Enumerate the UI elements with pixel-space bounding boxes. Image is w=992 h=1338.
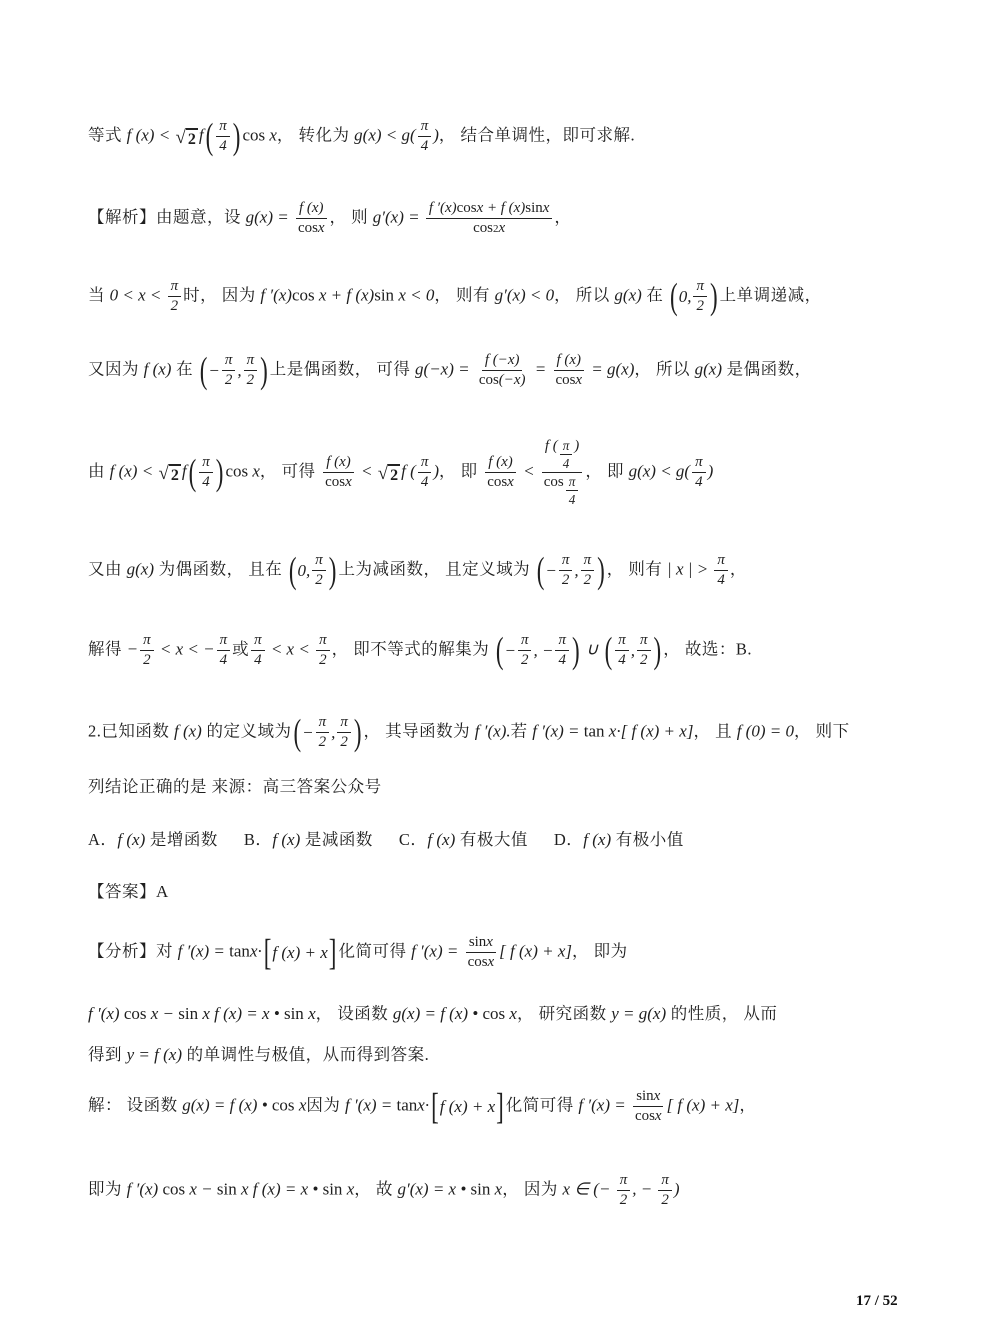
denominator: 2 bbox=[140, 651, 153, 669]
open-delimiter: ( bbox=[495, 632, 505, 669]
paragraph-line: f ′(x) cos x − sin x f (x) = x • sin x， … bbox=[88, 1000, 918, 1028]
text-run: 的性质， 从而 bbox=[666, 1004, 777, 1023]
big-parens: (π4) bbox=[188, 454, 225, 491]
math-run: 2 bbox=[143, 652, 150, 669]
math-run: f (−x) bbox=[485, 352, 520, 369]
numerator: π bbox=[217, 632, 231, 651]
numerator: π bbox=[581, 552, 595, 571]
close-delimiter: ) bbox=[328, 552, 338, 589]
math-run: g(x) = bbox=[246, 208, 293, 227]
fraction: π2 bbox=[581, 552, 595, 589]
text-run: ， 则 bbox=[330, 208, 373, 227]
math-run: 4 bbox=[695, 474, 702, 491]
text-run: ， 可得 bbox=[260, 462, 320, 481]
math-run: π bbox=[618, 632, 626, 649]
fraction: π2 bbox=[693, 278, 707, 315]
text-run: 【分析】对 bbox=[88, 942, 178, 961]
text-run: 又因为 bbox=[88, 360, 144, 379]
fraction: f (x)cos x bbox=[484, 454, 517, 491]
math-function-name: tan bbox=[397, 1096, 418, 1115]
math-run: ) bbox=[708, 462, 714, 481]
math-run: • bbox=[270, 1004, 284, 1023]
math-run: f (x) bbox=[326, 454, 351, 471]
text-run: ， 即 bbox=[585, 462, 628, 481]
numerator: π bbox=[337, 714, 351, 733]
denominator: 2 bbox=[168, 297, 181, 315]
delimited-content: − π2, π2 bbox=[302, 714, 353, 751]
close-delimiter: ) bbox=[232, 118, 242, 155]
math-run: x − bbox=[151, 1004, 179, 1023]
denominator: 2 bbox=[617, 1191, 630, 1209]
math-run: x bbox=[318, 220, 325, 237]
math-function-name: cos bbox=[473, 220, 493, 237]
math-function-name: sin bbox=[471, 1180, 495, 1199]
math-function-name: cos bbox=[242, 126, 269, 145]
math-run: f ′(x). bbox=[475, 722, 511, 741]
fraction: π4 bbox=[560, 438, 573, 471]
math-run: x bbox=[509, 1004, 517, 1023]
denominator: 4 bbox=[216, 137, 229, 155]
paragraph-line: 即为 f ′(x) cos x − sin x f (x) = x • sin … bbox=[88, 1172, 918, 1209]
paragraph-line: 【分析】对 f ′(x) = tanx·[f (x) + x]化简可得 f ′(… bbox=[88, 934, 918, 971]
math-run: f (x) bbox=[117, 830, 145, 849]
numerator: π bbox=[222, 352, 236, 371]
text-run: 上为减函数， 且定义域为 bbox=[338, 560, 534, 579]
denominator: 4 bbox=[615, 651, 628, 669]
math-function-name: sin bbox=[284, 1004, 308, 1023]
text-run: ， 则有 bbox=[434, 286, 494, 305]
math-run: 2 bbox=[247, 372, 254, 389]
close-delimiter: ] bbox=[495, 1088, 505, 1125]
math-run: x + f (x) bbox=[319, 286, 374, 305]
math-function-name: sin bbox=[469, 934, 486, 951]
fraction: π2 bbox=[637, 632, 651, 669]
math-run: < x < bbox=[267, 640, 315, 659]
text-run: A． bbox=[88, 830, 117, 849]
numerator: f (x) bbox=[323, 454, 354, 473]
math-run: x bbox=[345, 474, 352, 491]
open-delimiter: ( bbox=[292, 714, 302, 751]
math-run: 2 bbox=[620, 1192, 627, 1209]
denominator: cos x bbox=[465, 953, 498, 971]
math-run: f ′(x) bbox=[429, 200, 457, 217]
math-run: g(x) bbox=[127, 560, 154, 579]
numerator: π bbox=[251, 632, 265, 651]
paragraph-line: 当 0 < x < π2时， 因为 f ′(x)cos x + f (x)sin… bbox=[88, 278, 918, 315]
math-run: f bbox=[182, 462, 187, 481]
math-run: g(x) = f (x) bbox=[182, 1096, 257, 1115]
text-run: ， 所以 bbox=[634, 360, 694, 379]
math-run: 2 bbox=[319, 652, 326, 669]
math-function-name: cos bbox=[292, 286, 319, 305]
fraction: f (x)cos x bbox=[295, 200, 328, 237]
paragraph-line: 又因为 f (x) 在 (− π2, π2)上是偶函数， 可得 g(−x) = … bbox=[88, 352, 918, 389]
denominator: 2 bbox=[316, 733, 329, 751]
numerator: sin x bbox=[633, 1088, 663, 1107]
math-run: x ∈ (− bbox=[562, 1180, 614, 1199]
math-run: π bbox=[521, 632, 529, 649]
radical-sign-icon: √ bbox=[378, 464, 388, 485]
math-run: π bbox=[620, 1172, 628, 1189]
radicand: 2 bbox=[388, 464, 400, 486]
math-run: f (x) < bbox=[127, 126, 175, 145]
numerator: f (x) bbox=[485, 454, 516, 473]
fraction: π4 bbox=[216, 118, 230, 155]
math-run: 0 < x < bbox=[110, 286, 166, 305]
big-brackets: [f (x) + x] bbox=[263, 939, 338, 967]
paragraph-line: 列结论正确的是 来源：高三答案公众号 bbox=[88, 773, 918, 801]
math-run: • bbox=[468, 1004, 482, 1023]
text-run: 解得 bbox=[88, 640, 127, 659]
fraction: π2 bbox=[658, 1172, 672, 1209]
math-run: x f (x) = x bbox=[241, 1180, 308, 1199]
text-run: ， 转化为 bbox=[277, 126, 354, 145]
denominator: 2 bbox=[337, 733, 350, 751]
math-run: 4 bbox=[254, 652, 261, 669]
big-parens: (− π2, − π4) bbox=[495, 632, 581, 669]
math-run: x bbox=[269, 126, 277, 145]
fraction: f (π4)cos π4 bbox=[541, 438, 584, 508]
math-run: π bbox=[319, 632, 327, 649]
close-delimiter: ) bbox=[596, 552, 606, 589]
math-run: ∪ bbox=[582, 640, 603, 659]
math-function-name: tan bbox=[229, 942, 250, 961]
text-run: 有极大值 bbox=[455, 830, 528, 849]
option-gap bbox=[373, 826, 399, 854]
denominator: 2 bbox=[637, 651, 650, 669]
math-function-name: cos bbox=[457, 200, 477, 217]
numerator: f (−x) bbox=[482, 352, 523, 371]
text-run: ， 其导函数为 bbox=[364, 722, 475, 741]
open-delimiter: ( bbox=[199, 352, 209, 389]
math-run: x bbox=[543, 200, 550, 217]
big-parens: (− π2, π2) bbox=[292, 714, 362, 751]
fraction: f (x)cos x bbox=[552, 352, 585, 389]
text-run: 是增函数 bbox=[145, 830, 218, 849]
numerator: f ′(x)cos x + f (x)sin x bbox=[426, 200, 553, 219]
delimited-content: f (x) + x bbox=[272, 939, 327, 967]
text-run: 因为 bbox=[306, 1096, 345, 1115]
delimited-content: 0, π2 bbox=[298, 552, 328, 589]
math-function-name: sin bbox=[525, 200, 542, 217]
fraction: f ′(x)cos x + f (x)sin xcos2 x bbox=[426, 200, 553, 237]
text-run: 【答案】 bbox=[88, 882, 156, 901]
text-run: ， bbox=[554, 208, 571, 227]
text-run: 化简可得 bbox=[338, 942, 411, 961]
math-run: f (x) bbox=[144, 360, 172, 379]
denominator: 2 bbox=[559, 571, 572, 589]
text-run: ， 所以 bbox=[554, 286, 614, 305]
numerator: π bbox=[312, 552, 326, 571]
big-parens: (π4) bbox=[205, 118, 242, 155]
text-run: B． bbox=[244, 830, 273, 849]
math-run: 4 bbox=[220, 652, 227, 669]
math-run: f (x) bbox=[299, 200, 324, 217]
open-delimiter: ( bbox=[205, 118, 215, 155]
paragraph-line: 【解析】由题意，设 g(x) = f (x)cos x， 则 g′(x) = f… bbox=[88, 200, 918, 237]
math-run: π bbox=[319, 714, 327, 731]
denominator: 2 bbox=[581, 571, 594, 589]
big-brackets: [f (x) + x] bbox=[430, 1093, 505, 1121]
fraction: π2 bbox=[140, 632, 154, 669]
denominator: cos x bbox=[632, 1107, 665, 1125]
math-run: x f (x) = x bbox=[202, 1004, 269, 1023]
text-run: 或 bbox=[232, 640, 249, 659]
math-run: π bbox=[558, 632, 566, 649]
numerator: π bbox=[199, 454, 213, 473]
denominator: 4 bbox=[692, 473, 705, 491]
denominator: 4 bbox=[560, 455, 573, 471]
fraction: π2 bbox=[337, 714, 351, 751]
text-run: 又由 bbox=[88, 560, 127, 579]
page-number: 17 / 52 bbox=[856, 1293, 898, 1310]
paragraph-line: 解得 −π2 < x < −π4或π4 < x < π2， 即不等式的解集为 (… bbox=[88, 632, 918, 669]
denominator: cos x bbox=[552, 371, 585, 389]
big-parens: (− π2, π2) bbox=[536, 552, 606, 589]
denominator: cos2 x bbox=[470, 219, 508, 237]
big-parens: (π4, π2) bbox=[604, 632, 663, 669]
denominator: cos x bbox=[484, 473, 517, 491]
math-function-name: cos bbox=[635, 1108, 655, 1125]
math-run: f ( bbox=[545, 438, 558, 455]
sqrt-radical: √2 bbox=[378, 464, 400, 486]
math-run: π bbox=[254, 632, 262, 649]
text-run: 是减函数 bbox=[300, 830, 373, 849]
fraction: π4 bbox=[566, 474, 579, 507]
math-run: x bbox=[252, 462, 260, 481]
denominator: 2 bbox=[244, 371, 257, 389]
math-run: 2 bbox=[696, 298, 703, 315]
text-run: ， 故 bbox=[354, 1180, 397, 1199]
math-run: π bbox=[640, 632, 648, 649]
text-run: 上是偶函数， 可得 bbox=[270, 360, 415, 379]
math-run: 2 bbox=[340, 734, 347, 751]
math-run: π bbox=[171, 278, 179, 295]
math-run: 4 bbox=[202, 474, 209, 491]
denominator: 2 bbox=[518, 651, 531, 669]
math-run: ) bbox=[574, 438, 579, 455]
text-run: 2.已知函数 bbox=[88, 722, 174, 741]
math-run: f (x) bbox=[427, 830, 455, 849]
text-run: 为偶函数， 且在 bbox=[154, 560, 287, 579]
math-function-name: cos bbox=[483, 1004, 510, 1023]
text-run: ， 即不等式的解集为 bbox=[332, 640, 494, 659]
math-run: f ′(x) = bbox=[345, 1096, 397, 1115]
paragraph-line: A．f (x) 是增函数 B．f (x) 是减函数 C．f (x) 有极大值 D… bbox=[88, 826, 918, 854]
numerator: π bbox=[216, 118, 230, 137]
math-run: 2 bbox=[521, 652, 528, 669]
open-delimiter: [ bbox=[430, 1088, 440, 1125]
radicand: 2 bbox=[169, 464, 181, 486]
option-gap bbox=[218, 826, 244, 854]
math-run: , − bbox=[533, 637, 553, 665]
denominator: 4 bbox=[217, 651, 230, 669]
math-run: y = g(x) bbox=[611, 1004, 666, 1023]
math-run: π bbox=[695, 454, 703, 471]
math-run: f ′(x) bbox=[88, 1004, 124, 1023]
delimited-content: π4, π2 bbox=[613, 632, 652, 669]
math-run: π bbox=[569, 474, 576, 489]
math-run: g(x) bbox=[614, 286, 641, 305]
big-parens: (− π2, π2) bbox=[199, 352, 269, 389]
math-run: x bbox=[308, 1004, 316, 1023]
denominator: 2 bbox=[312, 571, 325, 589]
delimited-content: − π2, − π4 bbox=[505, 632, 571, 669]
math-run: x bbox=[575, 372, 582, 389]
math-run: f ′(x) bbox=[260, 286, 292, 305]
math-function-name: tan bbox=[584, 722, 609, 741]
math-run: • bbox=[456, 1180, 470, 1199]
fraction: π4 bbox=[217, 632, 231, 669]
math-run: π bbox=[421, 454, 429, 471]
denominator: 2 bbox=[222, 371, 235, 389]
fraction: sin xcos x bbox=[465, 934, 498, 971]
math-function-name: cos bbox=[325, 474, 345, 491]
fraction: π2 bbox=[168, 278, 182, 315]
math-run: , bbox=[237, 357, 241, 385]
numerator: π bbox=[692, 454, 706, 473]
text-run: 若 bbox=[511, 722, 533, 741]
numerator: π bbox=[316, 632, 330, 651]
numerator: π bbox=[560, 438, 573, 455]
denominator: 4 bbox=[714, 571, 727, 589]
fraction: f (x)cos x bbox=[322, 454, 355, 491]
fraction: f (−x)cos(−x) bbox=[476, 352, 529, 389]
math-run: f (x) bbox=[557, 352, 582, 369]
option-gap bbox=[528, 826, 554, 854]
math-run: x· bbox=[417, 1096, 429, 1115]
math-run: x· bbox=[250, 942, 262, 961]
open-delimiter: ( bbox=[604, 632, 614, 669]
math-run: | x | > bbox=[667, 560, 712, 579]
math-run: x bbox=[486, 934, 493, 951]
text-run: 由 bbox=[88, 462, 110, 481]
numerator: π bbox=[140, 632, 154, 651]
math-run: f (x) bbox=[488, 454, 513, 471]
paragraph-line: 解： 设函数 g(x) = f (x) • cos x因为 f ′(x) = t… bbox=[88, 1088, 918, 1125]
math-run: x bbox=[499, 220, 506, 237]
fraction: π4 bbox=[615, 632, 629, 669]
fraction: π4 bbox=[714, 552, 728, 589]
math-function-name: cos bbox=[272, 1096, 299, 1115]
denominator: 2 bbox=[316, 651, 329, 669]
math-run: [ f (x) + x] bbox=[667, 1096, 740, 1115]
math-run: x < 0 bbox=[398, 286, 434, 305]
numerator: f (π4) bbox=[542, 438, 582, 473]
math-run: π bbox=[247, 352, 255, 369]
math-run: f ′(x) = bbox=[411, 942, 463, 961]
math-function-name: cos bbox=[225, 462, 252, 481]
numerator: π bbox=[555, 632, 569, 651]
big-parens: (0, π2) bbox=[669, 278, 719, 315]
delimited-content: π4 bbox=[214, 118, 232, 155]
fraction: π2 bbox=[559, 552, 573, 589]
math-function-name: cos bbox=[555, 372, 575, 389]
paragraph-line: 得到 y = f (x) 的单调性与极值，从而得到答案. bbox=[88, 1041, 918, 1069]
math-function-name: cos bbox=[479, 372, 499, 389]
open-delimiter: ( bbox=[188, 454, 198, 491]
numerator: π bbox=[518, 632, 532, 651]
math-run: π bbox=[225, 352, 233, 369]
text-run: 上单调递减， bbox=[720, 286, 822, 305]
numerator: π bbox=[559, 552, 573, 571]
numerator: π bbox=[615, 632, 629, 651]
denominator: 2 bbox=[693, 297, 706, 315]
text-run: 解： 设函数 bbox=[88, 1096, 182, 1115]
numerator: π bbox=[418, 454, 432, 473]
delimited-content: − π2, π2 bbox=[208, 352, 259, 389]
math-function-name: sin bbox=[178, 1004, 202, 1023]
paragraph-line: 又由 g(x) 为偶函数， 且在 (0, π2)上为减函数， 且定义域为 (− … bbox=[88, 552, 918, 589]
math-run: g′(x) = bbox=[373, 208, 424, 227]
math-run: π bbox=[202, 454, 210, 471]
math-run: 2 bbox=[562, 572, 569, 589]
text-run: ， 结合单调性，即可求解. bbox=[439, 126, 635, 145]
denominator: 2 bbox=[658, 1191, 671, 1209]
math-run: − bbox=[505, 637, 516, 665]
math-run: y = f (x) bbox=[127, 1045, 182, 1064]
math-run: 0, bbox=[298, 557, 311, 585]
math-run: x + f (x) bbox=[477, 200, 526, 217]
math-run: g(x) bbox=[695, 360, 722, 379]
text-run: 在 bbox=[642, 286, 668, 305]
text-run: ， 设函数 bbox=[316, 1004, 393, 1023]
math-run: x bbox=[488, 954, 495, 971]
delimited-content: 0, π2 bbox=[679, 278, 709, 315]
text-run: 是偶函数， bbox=[722, 360, 812, 379]
text-run: 的单调性与极值，从而得到答案. bbox=[182, 1045, 429, 1064]
big-parens: (0, π2) bbox=[288, 552, 338, 589]
radicand: 2 bbox=[186, 128, 198, 150]
math-run: 2 bbox=[319, 734, 326, 751]
math-run: − bbox=[208, 357, 219, 385]
math-run: π bbox=[584, 552, 592, 569]
text-run: 的定义域为 bbox=[202, 722, 292, 741]
math-run: π bbox=[315, 552, 323, 569]
math-function-name: sin bbox=[323, 1180, 347, 1199]
math-run: f ′(x) = bbox=[178, 942, 230, 961]
math-function-name: cos bbox=[468, 954, 488, 971]
document-body: 等式 f (x) < √2f(π4)cos x， 转化为 g(x) < g(π4… bbox=[0, 0, 992, 1338]
math-function-name: cos bbox=[544, 474, 564, 491]
fraction: π2 bbox=[222, 352, 236, 389]
denominator: 4 bbox=[555, 651, 568, 669]
close-delimiter: ) bbox=[571, 632, 581, 669]
text-run: ， 则有 bbox=[607, 560, 667, 579]
text-run: ， 则下 bbox=[794, 722, 850, 741]
math-run: π bbox=[563, 438, 570, 453]
math-run: f (x) + x bbox=[272, 939, 327, 967]
denominator: 4 bbox=[418, 137, 431, 155]
text-run: ， 即为 bbox=[572, 942, 628, 961]
fraction: π2 bbox=[518, 632, 532, 669]
paragraph-line: 【答案】A bbox=[88, 878, 918, 906]
math-run: < x < − bbox=[156, 640, 215, 659]
text-run: ， 即 bbox=[439, 462, 482, 481]
math-run: f (0) = 0 bbox=[737, 722, 794, 741]
math-run: = bbox=[530, 360, 550, 379]
answer-letter: A bbox=[156, 882, 168, 901]
math-run: π bbox=[717, 552, 725, 569]
denominator: cos π4 bbox=[541, 473, 584, 507]
math-run: f (x) bbox=[174, 722, 202, 741]
math-run: 4 bbox=[421, 474, 428, 491]
math-run: f (x) + x bbox=[440, 1093, 495, 1121]
math-run: , − bbox=[632, 1180, 656, 1199]
denominator: 4 bbox=[251, 651, 264, 669]
denominator: cos x bbox=[295, 219, 328, 237]
math-run: 0, bbox=[679, 283, 692, 311]
